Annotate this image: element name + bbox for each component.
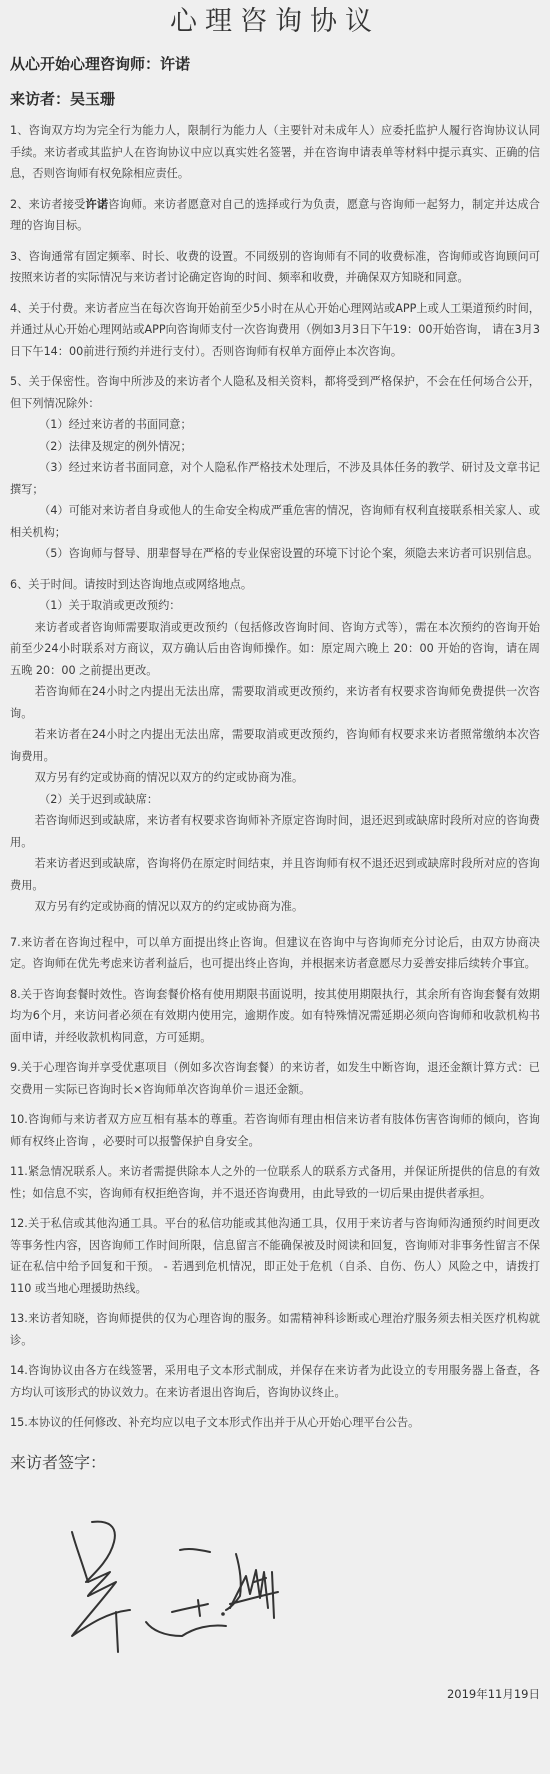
counselor-line: 从心开始心理咨询师：许诺 bbox=[10, 54, 540, 75]
clause-1: 1、咨询双方均为完全行为能力人，限制行为能力人（主要针对未成年人）应委托监护人履… bbox=[10, 120, 540, 185]
clause-6-sub2-para: 双方另有约定或协商的情况以双方的约定或协商为准。 bbox=[10, 896, 540, 918]
clauses-list: 1、咨询双方均为完全行为能力人，限制行为能力人（主要针对未成年人）应委托监护人履… bbox=[10, 120, 540, 1434]
clause-3: 3、咨询通常有固定频率、时长、收费的设置。不同级别的咨询师有不同的收费标准，咨询… bbox=[10, 246, 540, 289]
clause-7: 7.来访者在咨询过程中，可以单方面提出终止咨询。但建议在咨询中与咨询师充分讨论后… bbox=[10, 932, 540, 975]
clause-11: 11.紧急情况联系人。来访者需提供除本人之外的一位联系人的联系方式备用，并保证所… bbox=[10, 1161, 540, 1204]
clause-6-sub2-para: 若咨询师迟到或缺席，来访者有权要求咨询师补齐原定咨询时间，退还迟到或缺席时段所对… bbox=[10, 810, 540, 853]
clause-15: 15.本协议的任何修改、补充均应以电子文本形式作出并于从心开始心理平台公告。 bbox=[10, 1412, 540, 1434]
page-title: 心理咨询协议 bbox=[10, 0, 540, 42]
clause-5: 5、关于保密性。咨询中所涉及的来访者个人隐私及相关资料，都将受到严格保护，不会在… bbox=[10, 371, 540, 414]
clause-6: 6、关于时间。请按时到达咨询地点或网络地点。 bbox=[10, 574, 540, 596]
clause-14: 14.咨询协议由各方在线签署，采用电子文本形式制成，并保存在来访者为此设立的专用… bbox=[10, 1360, 540, 1403]
clause-5-item: （4）可能对来访者自身或他人的生命安全构成严重危害的情况，咨询师有权利直接联系相… bbox=[10, 500, 540, 543]
signature-date: 2019年11月19日 bbox=[447, 1686, 540, 1702]
clause-10: 10.咨询师与来访者双方应互相有基本的尊重。若咨询师有理由相信来访者有肢体伤害咨… bbox=[10, 1109, 540, 1152]
clause-5-item: （5）咨询师与督导、朋辈督导在严格的专业保密设置的环境下讨论个案，须隐去来访者可… bbox=[10, 543, 540, 565]
clause-2-prefix: 2、来访者接受 bbox=[10, 198, 86, 211]
clause-5-item: （2）法律及规定的例外情况； bbox=[10, 436, 540, 458]
clause-8: 8.关于咨询套餐时效性。咨询套餐价格有使用期限书面说明，按其使用期限执行，其余所… bbox=[10, 984, 540, 1049]
counselor-name-highlight: 许诺 bbox=[86, 198, 109, 211]
agreement-document: 心理咨询协议 从心开始心理咨询师：许诺 来访者：吴玉珊 1、咨询双方均为完全行为… bbox=[0, 0, 550, 1474]
clause-5-item: （1）经过来访者的书面同意； bbox=[10, 414, 540, 436]
clause-6-sub1-para: 来访者或者咨询师需要取消或更改预约（包括修改咨询时间、咨询方式等），需在本次预约… bbox=[10, 617, 540, 682]
clause-2: 2、来访者接受许诺咨询师。来访者愿意对自己的选择或行为负责，愿意与咨询师一起努力… bbox=[10, 194, 540, 237]
clause-6-sub1-title: （1）关于取消或更改预约： bbox=[10, 595, 540, 617]
signature-label: 来访者签字： bbox=[10, 1452, 540, 1474]
clause-13: 13.来访者知晓，咨询师提供的仅为心理咨询的服务。如需精神科诊断或心理治疗服务须… bbox=[10, 1308, 540, 1351]
clause-4: 4、关于付费。来访者应当在每次咨询开始前至少5小时在从心开始心理网站或APP上或… bbox=[10, 298, 540, 363]
clause-6-sub1-para: 若来访者在24小时之内提出无法出席，需要取消或更改预约，咨询师有权要求来访者照常… bbox=[10, 724, 540, 767]
clause-6-sub2-para: 若来访者迟到或缺席，咨询将仍在原定时间结束，并且咨询师有权不退还迟到或缺席时段所… bbox=[10, 853, 540, 896]
clause-9: 9.关于心理咨询并享受优惠项目（例如多次咨询套餐）的来访者，如发生中断咨询，退还… bbox=[10, 1057, 540, 1100]
clause-6-sub1-para: 若咨询师在24小时之内提出无法出席，需要取消或更改预约，来访者有权要求咨询师免费… bbox=[10, 681, 540, 724]
handwritten-signature bbox=[60, 1512, 300, 1662]
clause-12: 12.关于私信或其他沟通工具。平台的私信功能或其他沟通工具，仅用于来访者与咨询师… bbox=[10, 1213, 540, 1299]
clause-5-item: （3）经过来访者书面同意，对个人隐私作严格技术处理后，不涉及具体任务的教学、研讨… bbox=[10, 457, 540, 500]
clause-6-sub2-title: （2）关于迟到或缺席： bbox=[10, 789, 540, 811]
client-line: 来访者：吴玉珊 bbox=[10, 89, 540, 110]
clause-6-sub1-para: 双方另有约定或协商的情况以双方的约定或协商为准。 bbox=[10, 767, 540, 789]
